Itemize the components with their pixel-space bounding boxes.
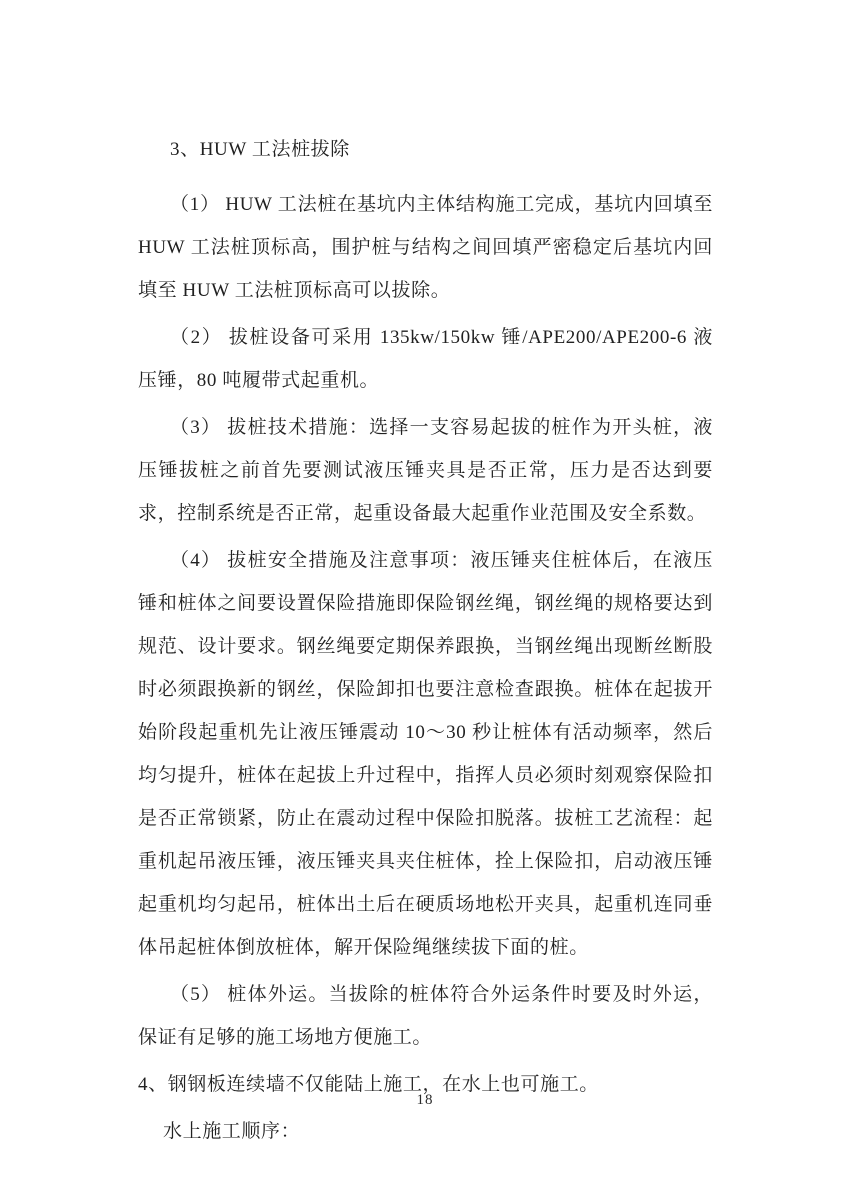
section-heading-3: 3、HUW 工法桩拔除 (138, 128, 713, 171)
paragraph-2: （2） 拔桩设备可采用 135kw/150kw 锤/APE200/APE200-… (138, 316, 713, 402)
paragraph-3: （3） 拔桩技术措施：选择一支容易起拔的桩作为开头桩，液压锤拔桩之前首先要测试液… (138, 406, 713, 535)
paragraph-5: （5） 桩体外运。当拔除的桩体符合外运条件时要及时外运，保证有足够的施工场地方便… (138, 973, 713, 1059)
document-page: 3、HUW 工法桩拔除 （1） HUW 工法桩在基坑内主体结构施工完成，基坑内回… (0, 0, 850, 1193)
paragraph-1: （1） HUW 工法桩在基坑内主体结构施工完成，基坑内回填至 HUW 工法桩顶标… (138, 183, 713, 312)
paragraph-4: （4） 拔桩安全措施及注意事项：液压锤夹住桩体后，在液压锤和桩体之间要设置保险措… (138, 539, 713, 969)
subheading-water-construction: 水上施工顺序： (138, 1110, 713, 1153)
page-number: 18 (0, 1092, 850, 1109)
